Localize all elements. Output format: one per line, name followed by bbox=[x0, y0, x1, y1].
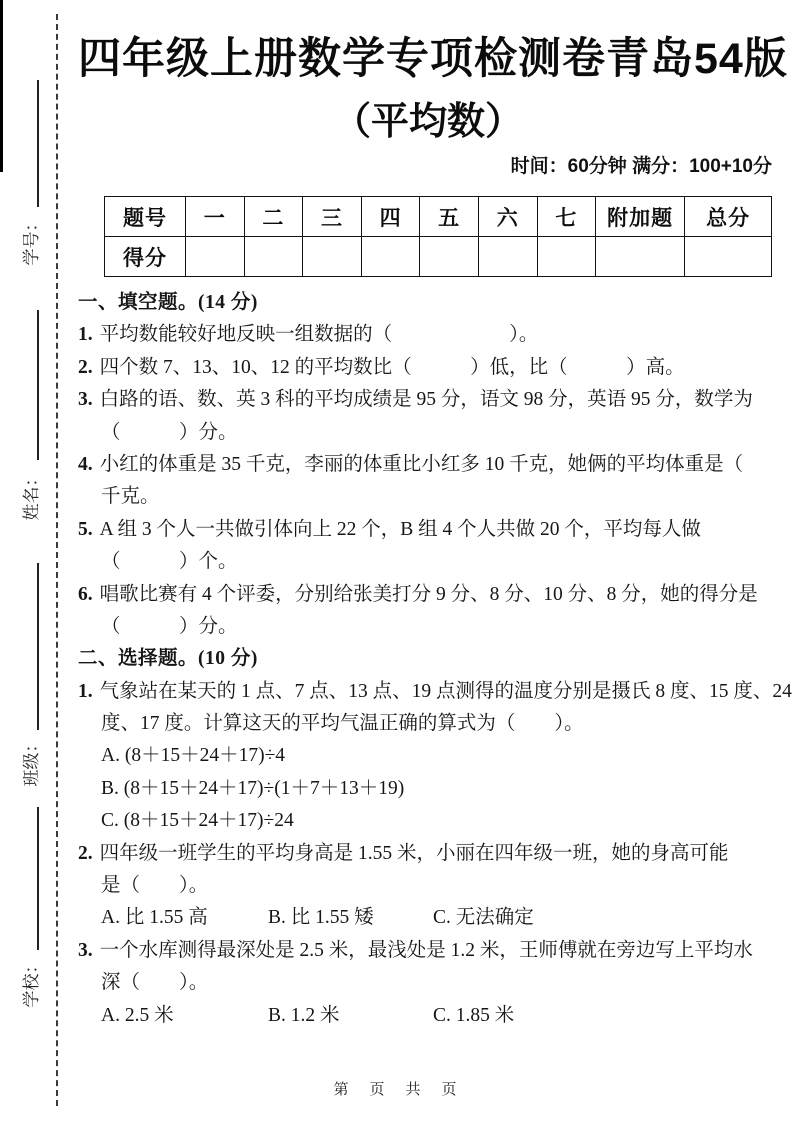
score-col-5: 五 bbox=[420, 197, 479, 237]
score-cell bbox=[244, 237, 303, 277]
class-label: 班级： bbox=[17, 730, 39, 792]
s1-q5-line2: （ ）个。 bbox=[78, 546, 778, 578]
s1-q3-text: 白路的语、数、英 3 科的平均成绩是 95 分，语文 98 分，英语 95 分，… bbox=[100, 389, 753, 410]
score-col-4: 四 bbox=[361, 197, 420, 237]
s2-q1-option-b: B. (8＋15＋24＋17)÷(1＋7＋13＋19) bbox=[78, 773, 778, 805]
page-footer: 第 页 共 页 bbox=[0, 1078, 793, 1099]
student-id-label: 学号： bbox=[17, 209, 39, 271]
exam-paper-page: 学号： 姓名： 班级： 学校： 四年级上册数学专项检测卷青岛54版 （平均数） … bbox=[0, 0, 793, 1122]
score-table-score-row: 得分 bbox=[105, 237, 772, 277]
s2-q1-number: 1. bbox=[78, 681, 93, 702]
school-label: 学校： bbox=[17, 951, 39, 1013]
page-title: 四年级上册数学专项检测卷青岛54版 bbox=[78, 28, 778, 90]
name-blank-line bbox=[37, 310, 39, 460]
score-col-1: 一 bbox=[186, 197, 245, 237]
score-col-6: 六 bbox=[478, 197, 537, 237]
s2-q2-option-b: B. 比 1.55 矮 bbox=[268, 902, 433, 934]
s2-q2-option-c: C. 无法确定 bbox=[433, 907, 534, 928]
s1-q2-number: 2. bbox=[78, 357, 93, 378]
score-cell bbox=[186, 237, 245, 277]
s2-q3-options: A. 2.5 米B. 1.2 米C. 1.85 米 bbox=[78, 1000, 778, 1032]
s1-q5-text: A 组 3 个人一共做引体向上 22 个，B 组 4 个人共做 20 个，平均每… bbox=[100, 519, 701, 540]
score-cell bbox=[685, 237, 772, 277]
s1-q2-line1: 2.四个数 7、13、10、12 的平均数比（ ）低，比（ ）高。 bbox=[78, 352, 778, 384]
score-table: 题号 一 二 三 四 五 六 七 附加题 总分 得分 bbox=[104, 196, 772, 277]
s2-q3-number: 3. bbox=[78, 940, 93, 961]
question-flow: 一、填空题。(14 分) 1.平均数能较好地反映一组数据的（ ）。 2.四个数 … bbox=[78, 287, 778, 1032]
s1-q6-text: 唱歌比赛有 4 个评委，分别给张美打分 9 分、8 分、10 分、8 分，她的得… bbox=[100, 584, 758, 605]
s2-q3-option-a: A. 2.5 米 bbox=[101, 1000, 268, 1032]
score-col-3: 三 bbox=[303, 197, 362, 237]
score-cell bbox=[478, 237, 537, 277]
s2-q2-text: 四年级一班学生的平均身高是 1.55 米，小丽在四年级一班，她的身高可能 bbox=[100, 843, 729, 864]
s1-q3-number: 3. bbox=[78, 389, 93, 410]
s2-q2-option-a: A. 比 1.55 高 bbox=[101, 902, 268, 934]
s1-q2-text: 四个数 7、13、10、12 的平均数比（ ）低，比（ ）高。 bbox=[100, 357, 685, 378]
s2-q2-number: 2. bbox=[78, 843, 93, 864]
score-cell bbox=[361, 237, 420, 277]
s1-q3-line2: （ ）分。 bbox=[78, 417, 778, 449]
exam-meta: 时间：60分钟 满分：100+10分 bbox=[78, 154, 778, 180]
score-table-header-row: 题号 一 二 三 四 五 六 七 附加题 总分 bbox=[105, 197, 772, 237]
page-subtitle: （平均数） bbox=[78, 96, 778, 148]
s2-q3-line2: 深（ ）。 bbox=[78, 967, 778, 999]
section2-heading: 二、选择题。(10 分) bbox=[78, 643, 778, 675]
s1-q4-line2: 千克。 bbox=[78, 481, 778, 513]
s1-q1-number: 1. bbox=[78, 324, 93, 345]
s2-q2-line2: 是（ ）。 bbox=[78, 870, 778, 902]
score-cell bbox=[596, 237, 685, 277]
score-cell bbox=[537, 237, 596, 277]
s2-q1-line2: 度、17 度。计算这天的平均气温正确的算式为（ ）。 bbox=[78, 708, 778, 740]
s2-q1-text: 气象站在某天的 1 点、7 点、13 点、19 点测得的温度分别是摄氏 8 度、… bbox=[100, 681, 792, 702]
s1-q5-line1: 5.A 组 3 个人一共做引体向上 22 个，B 组 4 个人共做 20 个，平… bbox=[78, 514, 778, 546]
score-row-label: 得分 bbox=[105, 237, 186, 277]
s2-q3-text: 一个水库测得最深处是 2.5 米，最浅处是 1.2 米，王师傅就在旁边写上平均水 bbox=[100, 940, 753, 961]
score-cell bbox=[420, 237, 479, 277]
score-cell bbox=[303, 237, 362, 277]
section1-heading: 一、填空题。(14 分) bbox=[78, 287, 778, 319]
student-id-blank-line bbox=[37, 80, 39, 207]
s1-q4-number: 4. bbox=[78, 454, 93, 475]
s1-q6-number: 6. bbox=[78, 584, 93, 605]
score-col-7: 七 bbox=[537, 197, 596, 237]
s2-q3-line1: 3.一个水库测得最深处是 2.5 米，最浅处是 1.2 米，王师傅就在旁边写上平… bbox=[78, 935, 778, 967]
s1-q6-line1: 6.唱歌比赛有 4 个评委，分别给张美打分 9 分、8 分、10 分、8 分，她… bbox=[78, 579, 778, 611]
s1-q4-text: 小红的体重是 35 千克，李丽的体重比小红多 10 千克，她俩的平均体重是（ ） bbox=[100, 454, 793, 475]
s2-q3-option-c: C. 1.85 米 bbox=[433, 1005, 514, 1026]
score-col-extra: 附加题 bbox=[596, 197, 685, 237]
score-table-corner-cell: 题号 bbox=[105, 197, 186, 237]
s1-q1-line1: 1.平均数能较好地反映一组数据的（ ）。 bbox=[78, 319, 778, 351]
school-blank-line bbox=[37, 807, 39, 950]
name-label: 姓名： bbox=[17, 464, 39, 526]
s1-q5-number: 5. bbox=[78, 519, 93, 540]
s1-q3-line1: 3.白路的语、数、英 3 科的平均成绩是 95 分，语文 98 分，英语 95 … bbox=[78, 384, 778, 416]
score-col-total: 总分 bbox=[685, 197, 772, 237]
binding-dashed-line bbox=[56, 14, 58, 1106]
s2-q2-options: A. 比 1.55 高B. 比 1.55 矮C. 无法确定 bbox=[78, 902, 778, 934]
s1-q6-line2: （ ）分。 bbox=[78, 611, 778, 643]
s2-q3-option-b: B. 1.2 米 bbox=[268, 1000, 433, 1032]
s1-q1-text: 平均数能较好地反映一组数据的（ ）。 bbox=[100, 324, 539, 345]
s1-q4-line1: 4.小红的体重是 35 千克，李丽的体重比小红多 10 千克，她俩的平均体重是（… bbox=[78, 449, 778, 481]
class-blank-line bbox=[37, 563, 39, 730]
s2-q2-line1: 2.四年级一班学生的平均身高是 1.55 米，小丽在四年级一班，她的身高可能 bbox=[78, 838, 778, 870]
s2-q1-line1: 1.气象站在某天的 1 点、7 点、13 点、19 点测得的温度分别是摄氏 8 … bbox=[78, 676, 778, 708]
score-col-2: 二 bbox=[244, 197, 303, 237]
s2-q1-option-c: C. (8＋15＋24＋17)÷24 bbox=[78, 805, 778, 837]
scan-edge-mark bbox=[0, 0, 3, 172]
s2-q1-option-a: A. (8＋15＋24＋17)÷4 bbox=[78, 740, 778, 772]
main-content: 四年级上册数学专项检测卷青岛54版 （平均数） 时间：60分钟 满分：100+1… bbox=[78, 28, 778, 1032]
